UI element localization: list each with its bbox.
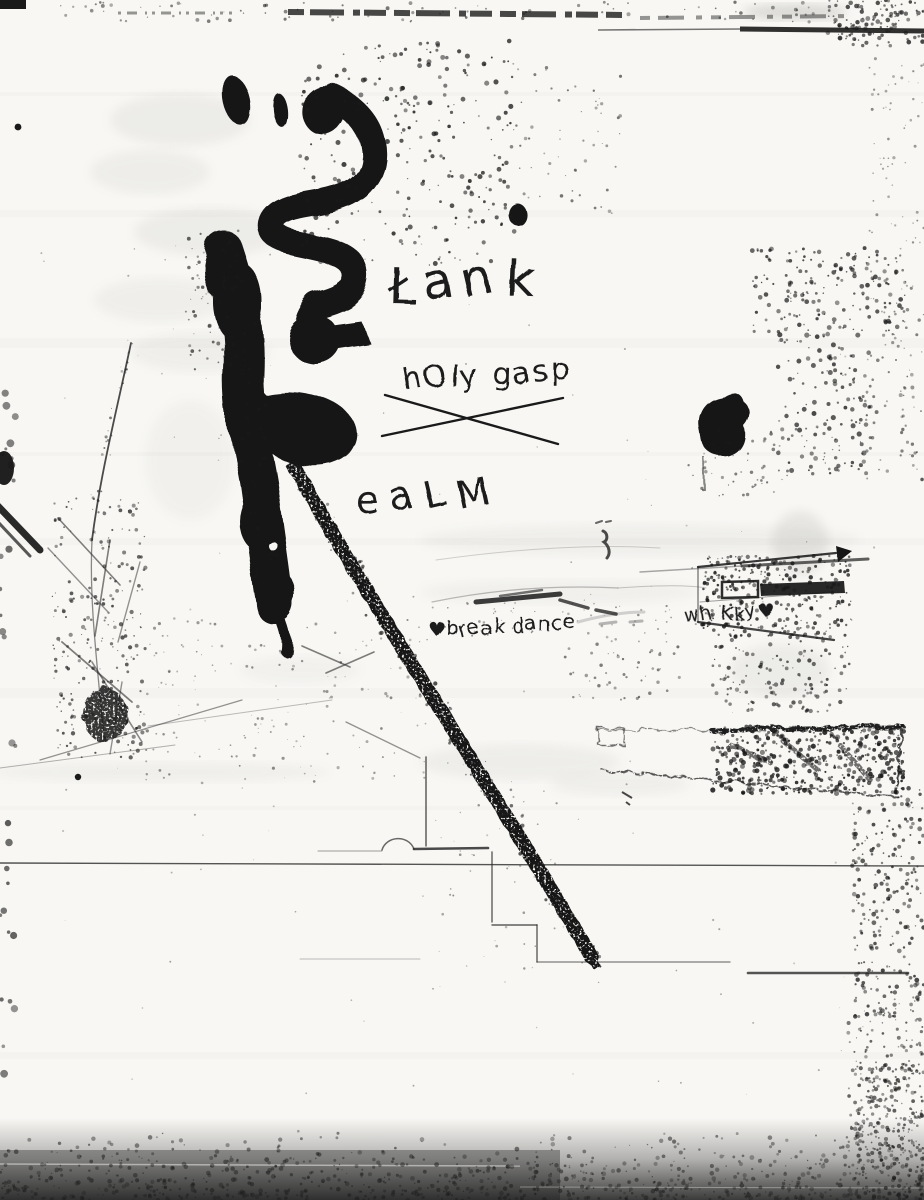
word-realm: eaLM bbox=[354, 466, 506, 524]
toner-smudges bbox=[0, 4, 924, 1059]
caption-breakdance: ♥break dance bbox=[426, 606, 576, 644]
word-blank: Łank bbox=[383, 242, 548, 319]
photocopy-artwork-page: Łank hOly gasp eaLM ♥break dance wh Kky♥ bbox=[0, 0, 924, 1200]
ink-squiggle bbox=[219, 74, 529, 362]
crossed-out-x bbox=[382, 395, 563, 444]
ink-scratch-knot bbox=[83, 688, 127, 742]
word-holy-gasp: hOly gasp bbox=[399, 350, 574, 398]
artwork-canvas: Łank hOly gasp eaLM ♥break dance wh Kky♥ bbox=[0, 0, 924, 1200]
